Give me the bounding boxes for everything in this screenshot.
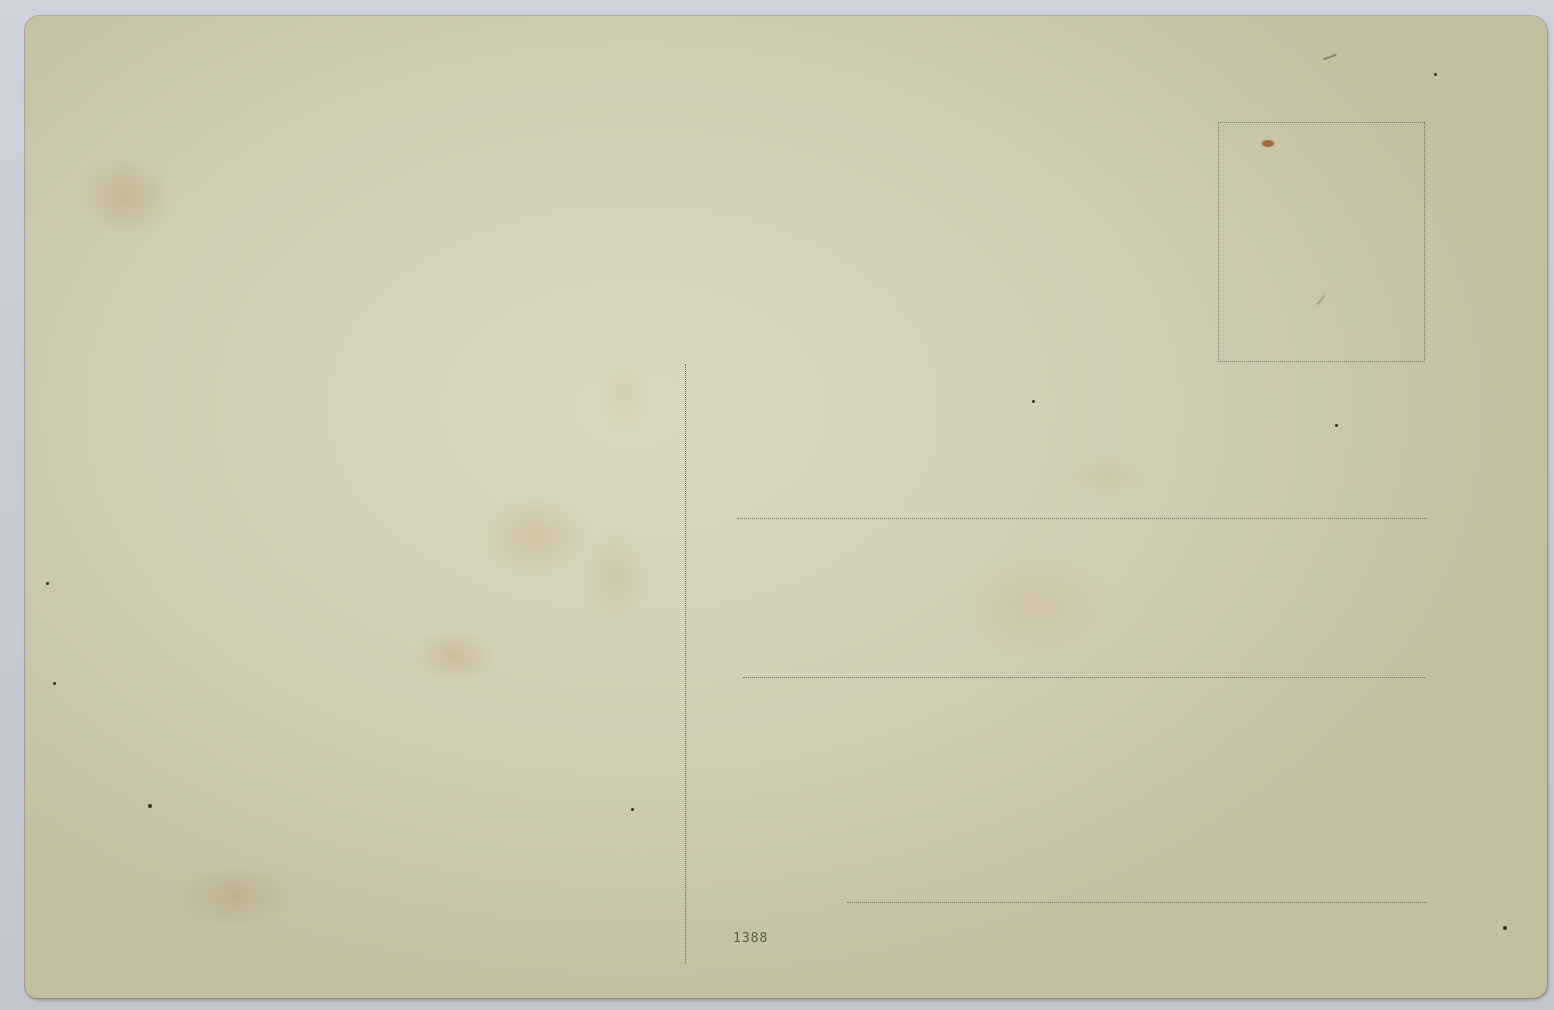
center-divider-line [685,364,686,964]
rust-stain [1262,140,1274,147]
ink-speck [1503,926,1507,930]
address-line-1 [737,518,1427,519]
scratch-mark [1323,54,1337,61]
ink-speck [148,804,152,808]
ink-speck [53,682,56,685]
ink-speck [1032,400,1035,403]
address-line-3 [847,902,1427,903]
ink-speck [631,808,634,811]
ink-speck [1434,73,1437,76]
postcard-back: 1388 [25,16,1547,998]
ink-speck [1335,424,1338,427]
address-line-2 [743,677,1425,678]
ink-speck [46,582,49,585]
stamp-box [1218,122,1425,362]
card-number: 1388 [733,931,768,946]
